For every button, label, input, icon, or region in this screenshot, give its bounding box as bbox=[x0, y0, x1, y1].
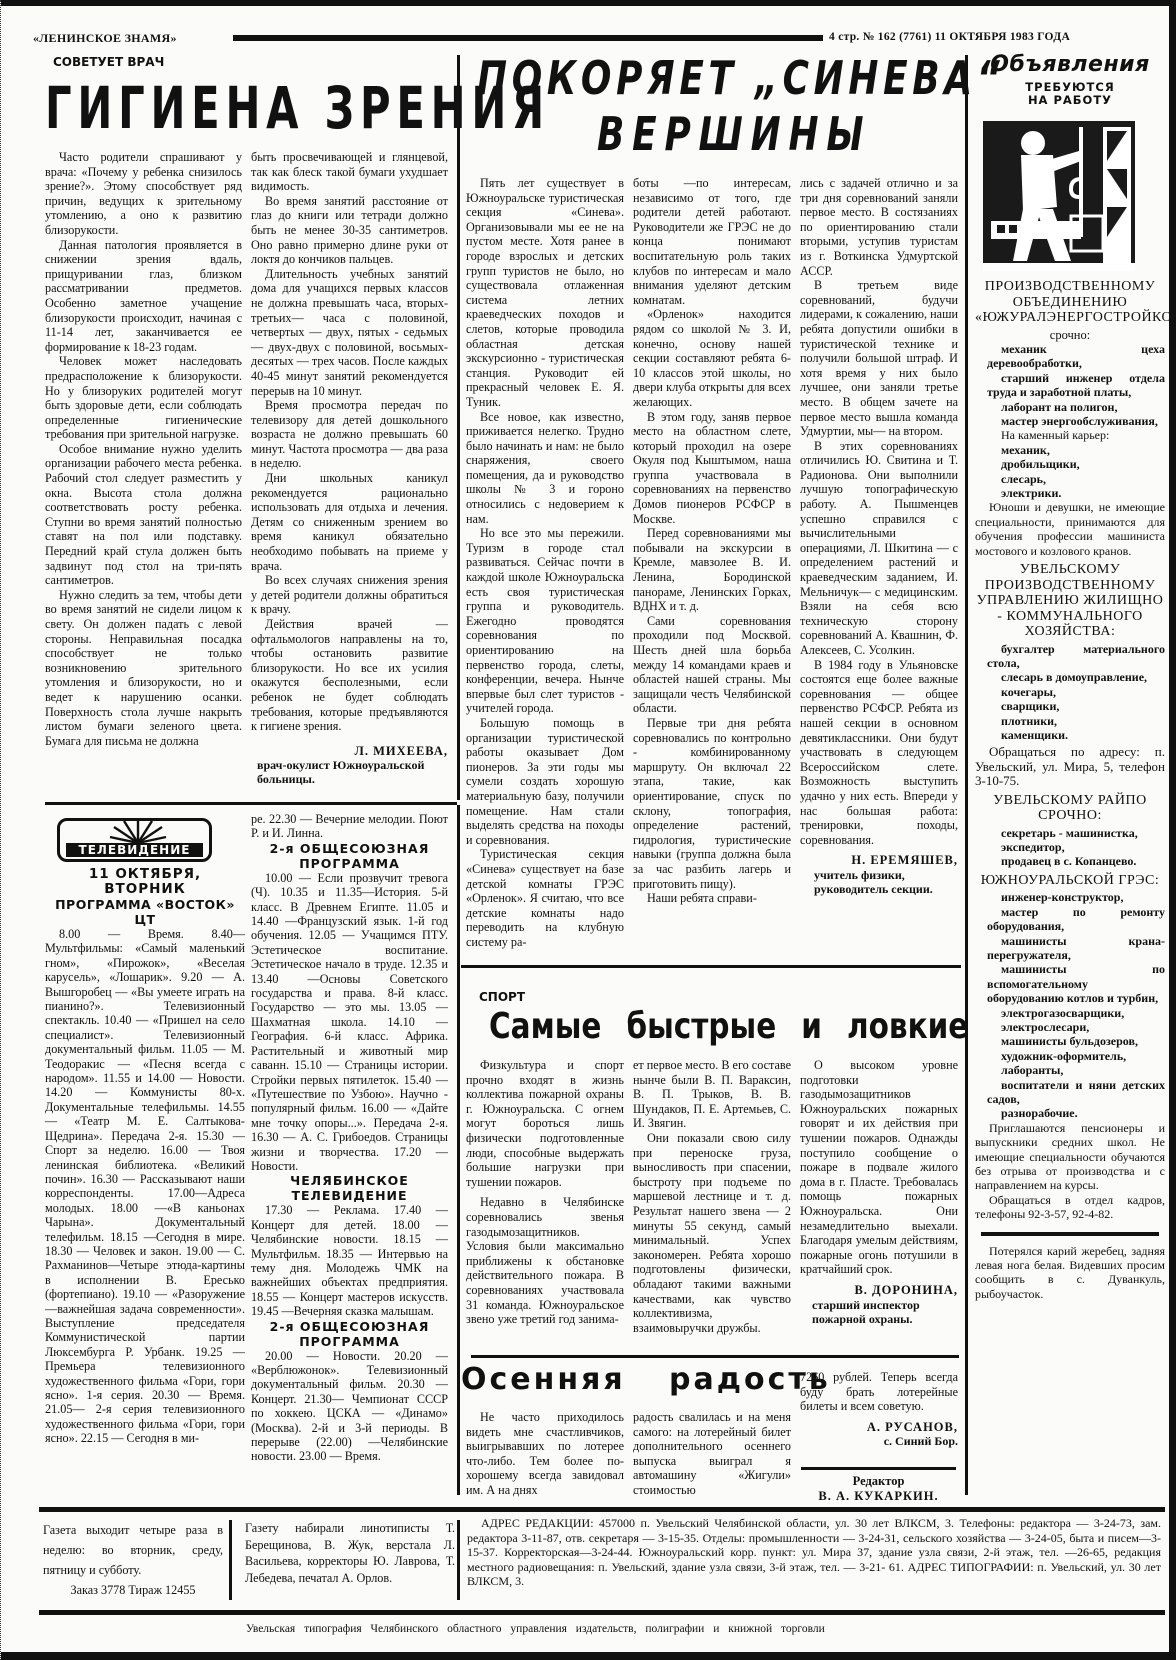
tv-program-title: 2-я ОБЩЕСОЮЗНАЯ ПРОГРАММА bbox=[251, 1319, 448, 1349]
column-divider bbox=[457, 805, 460, 1495]
paragraph: Часто родители спрашивают у врача: «Поче… bbox=[45, 150, 242, 238]
paragraph: Дни школьных каникул рекомендуется рацио… bbox=[251, 471, 448, 573]
author-role: врач-окулист Южноуральской больницы. bbox=[251, 758, 448, 786]
paragraph: «Орленок» находится рядом со школой № 3.… bbox=[633, 307, 791, 409]
ads-subtitle-line2: НА РАБОТУ bbox=[975, 94, 1165, 107]
masthead-rule bbox=[233, 35, 823, 41]
job-item: художник-оформитель, bbox=[975, 1049, 1165, 1063]
sineva-article-col2: боты —по интересам, независимо от того, … bbox=[633, 176, 791, 906]
doctor-article-col1: Часто родители спрашивают у врача: «Поче… bbox=[45, 150, 242, 748]
author-name: А. РУСАНОВ, bbox=[800, 1420, 958, 1435]
ad-contact: Обращаться по адресу: п. Увельский, ул. … bbox=[975, 745, 1165, 788]
footer-rule-top bbox=[39, 1507, 1165, 1512]
ads-rule bbox=[981, 1232, 1159, 1236]
tv-program-schedule: 10.00 — Если прозвучит тревога (Ч). 10.3… bbox=[251, 871, 448, 1174]
sport-article-col2: ет первое место. В его составе нынче был… bbox=[633, 1058, 791, 1335]
section-rule bbox=[461, 965, 961, 968]
paragraph: Человек может наследовать предрасположен… bbox=[45, 354, 242, 442]
job-item: воспитатели и няни детских садов, bbox=[975, 1078, 1165, 1107]
job-item: электрослесари, bbox=[975, 1020, 1165, 1034]
paragraph: 7260 рублей. Теперь всегда буду брать ло… bbox=[800, 1370, 958, 1414]
job-item: секретарь - машинистка, bbox=[975, 826, 1165, 840]
tv-program-schedule: 20.00 — Новости. 20.20 — «Верблюжонок». … bbox=[251, 1349, 448, 1464]
footer-divider bbox=[457, 1520, 460, 1600]
printer-info: Увельская типография Челябинского област… bbox=[246, 1623, 825, 1635]
job-item: механик цеха деревообработки, bbox=[975, 342, 1165, 371]
job-item: дробильщики, bbox=[975, 457, 1165, 471]
job-item: инженер-конструктор, bbox=[975, 890, 1165, 904]
ad-job-list: инженер-конструктор, мастер по ремонту о… bbox=[975, 890, 1165, 1221]
paragraph: Наши ребята справи- bbox=[633, 891, 791, 906]
section-rule bbox=[45, 802, 457, 805]
worker-crane-icon bbox=[983, 121, 1135, 271]
sineva-article-col3: лись с задачей отлично и за три дня соре… bbox=[800, 176, 958, 896]
author-place: с. Синий Бор. bbox=[800, 1434, 958, 1448]
ad-org-name: ПРОИЗВОДСТВЕННОМУ ОБЪЕДИНЕНИЮ «ЮЖУРАЛЭНЕ… bbox=[975, 279, 1165, 326]
job-item: машинисты бульдозеров, bbox=[975, 1034, 1165, 1048]
tv-logo: ТЕЛЕВИДЕНИЕ bbox=[57, 818, 212, 862]
paragraph: Нужно следить за тем, чтобы дети во врем… bbox=[45, 588, 242, 749]
paragraph: Но все это мы пережили. Туризм в городе … bbox=[466, 526, 624, 716]
schedule-text: Газета выходит четыре раза в неделю: во … bbox=[43, 1520, 223, 1580]
author-name: В. ДОРОНИНА, bbox=[800, 1283, 958, 1298]
author-name: Л. МИХЕЕВА, bbox=[251, 744, 448, 759]
tv-program-title: ПРОГРАММА «ВОСТОК» ЦТ bbox=[45, 897, 245, 927]
paragraph: В третьем виде соревнований, будучи лиде… bbox=[800, 278, 958, 439]
paragraph: Физкультура и спорт прочно входят в жизн… bbox=[466, 1058, 624, 1189]
ad-note: Юноши и девушки, не имеющие специальност… bbox=[975, 500, 1165, 558]
editor-rule bbox=[801, 1467, 956, 1470]
ad-job-list: механик цеха деревообработки, старший ин… bbox=[975, 342, 1165, 558]
ad-org-name: УВЕЛЬСКОМУ РАЙПО СРОЧНО: bbox=[975, 793, 1165, 824]
lost-horse-notice: Потерялся карий жеребец, задняя левая но… bbox=[975, 1244, 1165, 1302]
paragraph: Сами соревнования проходили под Москвой.… bbox=[633, 614, 791, 716]
ads-column: Объявления ТРЕБУЮТСЯ НА РАБОТУ bbox=[975, 52, 1165, 1301]
job-item: лаборант на полигон, bbox=[975, 400, 1165, 414]
ad-note: Приглашаются пенсионеры и выпускники сре… bbox=[975, 1121, 1165, 1193]
job-item: электрогазосварщики, bbox=[975, 1006, 1165, 1020]
rubric-doctor-advice: СОВЕТУЕТ ВРАЧ bbox=[53, 55, 164, 69]
author-role: старший инспектор пожарной охраны. bbox=[800, 1298, 958, 1326]
editor-name: В. А. КУКАРКИН. bbox=[801, 1489, 956, 1504]
paragraph: Не часто приходилось видеть мне счастлив… bbox=[466, 1410, 624, 1498]
newspaper-name: «ЛЕНИНСКОЕ ЗНАМЯ» bbox=[33, 31, 177, 46]
headline-sineva-line2: ВЕРШИНЫ bbox=[597, 108, 871, 160]
tv-program-schedule: 8.00 — Время. 8.40—Мультфильмы: «Самый м… bbox=[45, 927, 245, 1446]
paragraph: лись с задачей отлично и за три дня соре… bbox=[800, 176, 958, 278]
schedule-text: 10.00 — Если прозвучит тревога (Ч). 10.3… bbox=[251, 871, 448, 1174]
paragraph: О высоком уровне подготовки газодымозащи… bbox=[800, 1058, 958, 1277]
paragraph: Пять лет существует в Южноуральске турис… bbox=[466, 176, 624, 410]
job-item: бухгалтер материального стола, bbox=[975, 642, 1165, 671]
newspaper-page: «ЛЕНИНСКОЕ ЗНАМЯ» 4 стр. № 162 (7761) 11… bbox=[0, 0, 1176, 1660]
paragraph: Первые три дня ребята соревновались по к… bbox=[633, 716, 791, 891]
paragraph: Время просмотра передач по телевизору дл… bbox=[251, 398, 448, 471]
paragraph: Все новое, как известно, приживается нел… bbox=[466, 410, 624, 527]
headline-autumn-joy: Осенняя радость bbox=[461, 1362, 831, 1398]
schedule-text: ре. 22.30 — Вечерние мелодии. Поют Р. и … bbox=[251, 812, 448, 841]
schedule-text: 20.00 — Новости. 20.20 — «Верблюжонок». … bbox=[251, 1349, 448, 1464]
job-item: кочегары, bbox=[975, 685, 1165, 699]
paragraph: В этом году, заняв первое место на облас… bbox=[633, 410, 791, 527]
ad-job-list: секретарь - машинистка, экспедитор, прод… bbox=[975, 826, 1165, 869]
paragraph: Они показали свою силу при переноске гру… bbox=[633, 1131, 791, 1335]
sineva-article-col1: Пять лет существует в Южноуральске турис… bbox=[466, 176, 624, 949]
job-item: машинисты крана-перегружателя, bbox=[975, 934, 1165, 963]
sport-article-col1: Физкультура и спорт прочно входят в жизн… bbox=[466, 1058, 624, 1327]
paragraph: В этих соревнованиях отличились Ю. Свити… bbox=[800, 439, 958, 658]
lost-notice-text: Потерялся карий жеребец, задняя левая но… bbox=[975, 1244, 1165, 1302]
job-item: экспедитор, bbox=[975, 840, 1165, 854]
schedule-text: 8.00 — Время. 8.40—Мультфильмы: «Самый м… bbox=[45, 927, 245, 1446]
tv-listings-col2: ре. 22.30 — Вечерние мелодии. Поют Р. и … bbox=[251, 812, 448, 1464]
editorial-address: АДРЕС РЕДАКЦИИ: 457000 п. Увельский Челя… bbox=[467, 1516, 1161, 1589]
tv-listings-col1: ТЕЛЕВИДЕНИЕ 11 ОКТЯБРЯ, ВТОРНИК ПРОГРАММ… bbox=[45, 810, 245, 1446]
paragraph: Большую помощь в организации туристическ… bbox=[466, 716, 624, 847]
job-item: машинисты по вспомогательному оборудован… bbox=[975, 962, 1165, 1005]
job-item: плотники, bbox=[975, 714, 1165, 728]
headline-eye-hygiene: ГИГИЕНА ЗРЕНИЯ bbox=[45, 76, 550, 140]
ad-org-name: ЮЖНОУРАЛЬСКОЙ ГРЭС: bbox=[975, 873, 1165, 889]
editor-label: Редактор bbox=[801, 1474, 956, 1489]
job-item: механик, bbox=[975, 443, 1165, 457]
sun-rays-icon bbox=[108, 819, 168, 845]
publication-schedule: Газета выходит четыре раза в неделю: во … bbox=[43, 1520, 223, 1600]
headline-sineva-line1: ПОКОРЯЕТ „СИНЕВА“ bbox=[477, 52, 1005, 104]
autumn-article-col1: Не часто приходилось видеть мне счастлив… bbox=[466, 1410, 624, 1498]
tv-weekday: ВТОРНИК bbox=[45, 882, 245, 897]
job-item: продавец в с. Копанцево. bbox=[975, 854, 1165, 868]
sport-article-col3: О высоком уровне подготовки газодымозащи… bbox=[800, 1058, 958, 1326]
paragraph: Действия врачей — офтальмологов направле… bbox=[251, 617, 448, 734]
tv-logo-label: ТЕЛЕВИДЕНИЕ bbox=[66, 843, 203, 857]
paragraph: В 1984 году в Ульяновске состоятся еще б… bbox=[800, 658, 958, 848]
paragraph: Данная патология проявляется в снижении … bbox=[45, 238, 242, 355]
staff-credits: Газету набирали линотиписты Т. Берещинов… bbox=[245, 1520, 455, 1586]
paragraph: Туристическая секция «Синева» существует… bbox=[466, 847, 624, 949]
scan-edge bbox=[1169, 0, 1176, 1660]
job-item: лаборанты, bbox=[975, 1063, 1165, 1077]
column-divider bbox=[457, 55, 460, 800]
job-item: слесарь, bbox=[975, 472, 1165, 486]
tv-program-title: 2-я ОБЩЕСОЮЗНАЯ ПРОГРАММА bbox=[251, 841, 448, 871]
scan-edge bbox=[1, 0, 1176, 6]
issue-info: 4 стр. № 162 (7761) 11 ОКТЯБРЯ 1983 ГОДА bbox=[829, 31, 1070, 43]
paragraph: Недавно в Челябинске соревновались звень… bbox=[466, 1195, 624, 1326]
job-item: мастер энергообслуживания, bbox=[975, 414, 1165, 428]
tv-program-title: ЧЕЛЯБИНСКОЕ ТЕЛЕВИДЕНИЕ bbox=[251, 1173, 448, 1203]
job-item: старший инженер отдела труда и заработно… bbox=[975, 371, 1165, 400]
paragraph: Во всех случаях снижения зрения у детей … bbox=[251, 573, 448, 617]
ads-title: Объявления bbox=[975, 52, 1165, 77]
job-item: разнорабочие. bbox=[975, 1106, 1165, 1120]
order-circulation: Заказ 3778 Тираж 12455 bbox=[43, 1580, 223, 1600]
author-name: Н. ЕРЕМЯШЕВ, bbox=[800, 853, 958, 868]
paragraph: быть просвечивающей и глянцевой, так как… bbox=[251, 150, 448, 194]
tv-program-schedule: 17.30 — Реклама. 17.40 — Концерт для дет… bbox=[251, 1203, 448, 1318]
worker-illustration bbox=[983, 121, 1135, 271]
schedule-text: 17.30 — Реклама. 17.40 — Концерт для дет… bbox=[251, 1203, 448, 1318]
job-item: каменщики. bbox=[975, 728, 1165, 742]
section-rule bbox=[471, 1355, 959, 1358]
column-divider bbox=[965, 55, 968, 1495]
footer-divider bbox=[229, 1520, 232, 1600]
paragraph: ет первое место. В его составе нынче был… bbox=[633, 1058, 791, 1131]
job-item: сварщики, bbox=[975, 699, 1165, 713]
paragraph: Особое внимание нужно уделить организаци… bbox=[45, 442, 242, 588]
job-item: электрики. bbox=[975, 486, 1165, 500]
job-item: мастер по ремонту оборудования, bbox=[975, 905, 1165, 934]
paragraph: боты —по интересам, независимо от того, … bbox=[633, 176, 791, 307]
paragraph: Перед соревнованиями мы побывали на экск… bbox=[633, 526, 791, 614]
rubric-sport: СПОРТ bbox=[479, 990, 525, 1004]
ad-job-list: бухгалтер материального стола, слесарь в… bbox=[975, 642, 1165, 789]
ad-contact: Обращаться в отдел кадров, телефоны 92-3… bbox=[975, 1193, 1165, 1222]
scan-edge bbox=[1, 1652, 1176, 1660]
paragraph: Во время занятий расстояние от глаз до к… bbox=[251, 194, 448, 267]
autumn-article-col2: радость свалилась и на меня самого: на л… bbox=[633, 1410, 791, 1498]
job-item: слесарь в домоуправление, bbox=[975, 670, 1165, 684]
ad-org-name: УВЕЛЬСКОМУ ПРОИЗВОДСТВЕННОМУ УПРАВЛЕНИЮ … bbox=[975, 562, 1165, 640]
autumn-article-col3: 7260 рублей. Теперь всегда буду брать ло… bbox=[800, 1370, 958, 1448]
quarry-label: На каменный карьер: bbox=[975, 428, 1165, 442]
tv-program-schedule: ре. 22.30 — Вечерние мелодии. Поют Р. и … bbox=[251, 812, 448, 841]
paragraph: радость свалилась и на меня самого: на л… bbox=[633, 1410, 791, 1498]
tv-date: 11 ОКТЯБРЯ, bbox=[45, 867, 245, 882]
author-role: учитель физики, руководитель секции. bbox=[800, 868, 958, 896]
doctor-article-col2: быть просвечивающей и глянцевой, так как… bbox=[251, 150, 448, 786]
editor-block: Редактор В. А. КУКАРКИН. bbox=[801, 1474, 956, 1504]
ad-urgency: срочно: bbox=[975, 328, 1165, 342]
paragraph: Длительность учебных занятий дома для уч… bbox=[251, 267, 448, 398]
footer-rule-bottom bbox=[39, 1610, 1165, 1615]
headline-sport: Самые быстрые и ловкие bbox=[489, 1006, 968, 1048]
